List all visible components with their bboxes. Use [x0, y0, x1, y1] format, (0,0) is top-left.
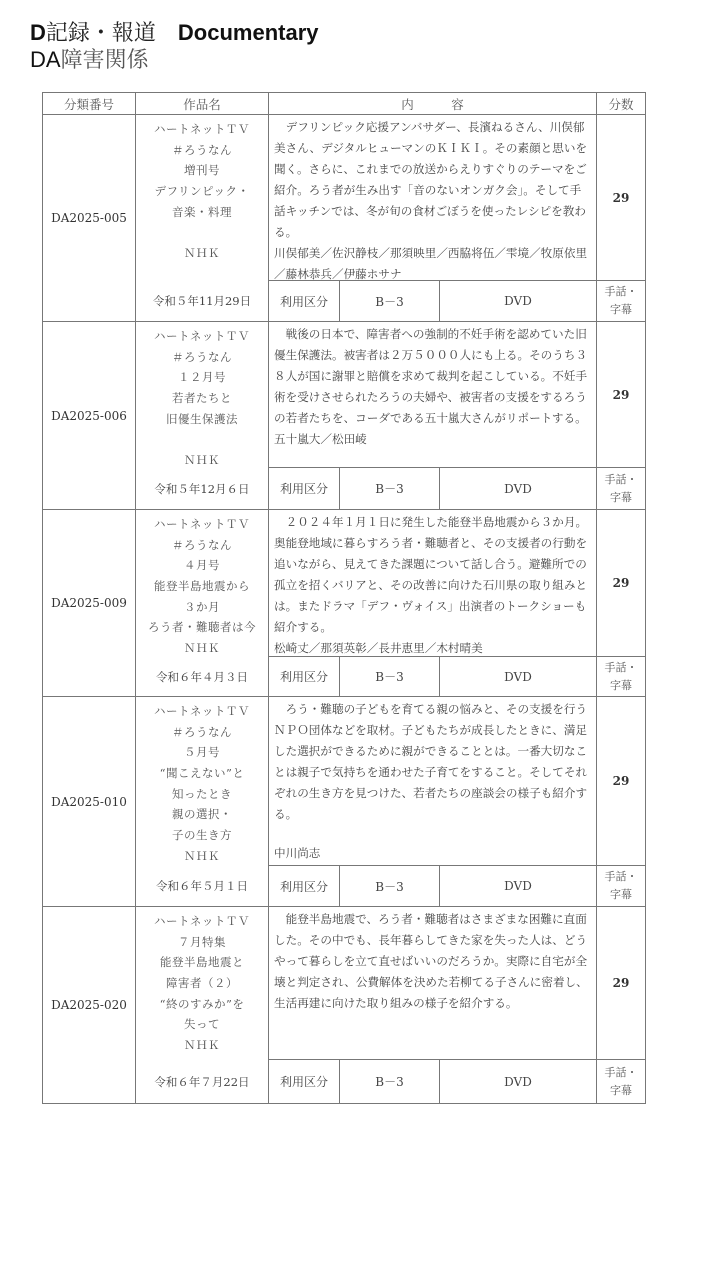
- category-heading: D記録・報道Documentary: [30, 18, 319, 48]
- title-line: ７月特集: [178, 932, 226, 953]
- row-code: DA2025-020: [42, 907, 136, 1104]
- title-line: ３か月: [184, 597, 220, 618]
- row-code: DA2025-009: [42, 510, 136, 697]
- cast-list: 中川尚志: [274, 843, 592, 865]
- title-line: ハートネットＴＶ: [154, 911, 250, 932]
- accessibility: 手話・ 字幕: [597, 866, 646, 907]
- row-code: DA2025-006: [42, 322, 136, 510]
- title-line: 知ったとき: [172, 784, 232, 805]
- title-line: 子の生き方: [172, 825, 232, 846]
- title-line: 増刊号: [184, 160, 220, 181]
- subcategory-code: DA: [30, 47, 61, 72]
- catalog-table: 分類番号 作品名 内 容 分数 DA2025-005 ハートネットＴＶ ＃ろうな…: [42, 92, 646, 1104]
- title-line: デフリンピック・: [154, 181, 249, 202]
- usage-class: B－3: [340, 281, 440, 322]
- usage-label: 利用区分: [269, 657, 340, 697]
- col-header-code: 分類番号: [42, 92, 136, 115]
- usage-label: 利用区分: [269, 468, 340, 510]
- title-line: ＮＨＫ: [184, 243, 220, 264]
- title-line: “聞こえない”と: [160, 763, 245, 784]
- caption-label: 字幕: [610, 677, 632, 695]
- title-line: ハートネットＴＶ: [154, 701, 250, 722]
- title-line: ＃ろうなん: [172, 722, 232, 743]
- category-en: Documentary: [178, 20, 319, 45]
- description-cell: ろう・難聴の子どもを育てる親の悩みと、その支援を行うＮＰＯ団体などを取材。子ども…: [269, 697, 597, 866]
- row-code: DA2025-010: [42, 697, 136, 907]
- usage-label: 利用区分: [269, 1060, 340, 1104]
- minutes: 29: [597, 322, 646, 468]
- description-cell: デフリンピック応援アンバサダー、長濱ねるさん、川俣郁美さん、デジタルヒューマンの…: [269, 115, 597, 281]
- page-header: D記録・報道Documentary DA障害関係: [30, 18, 319, 72]
- accessibility: 手話・ 字幕: [597, 657, 646, 697]
- accessibility: 手話・ 字幕: [597, 281, 646, 322]
- accessibility: 手話・ 字幕: [597, 468, 646, 510]
- title-line: ＃ろうなん: [172, 535, 232, 556]
- cast-list: 五十嵐大／松田崚: [274, 429, 592, 450]
- description: デフリンピック応援アンバサダー、長濱ねるさん、川俣郁美さん、デジタルヒューマンの…: [274, 117, 592, 243]
- broadcast-date: 令和６年５月１日: [136, 866, 269, 907]
- title-line: 障害者（２）: [166, 973, 238, 994]
- sign-language-label: 手話・: [605, 283, 638, 301]
- description: 能登半島地震で、ろう者・難聴者はさまざまな困難に直面した。その中でも、長年暮らし…: [274, 909, 592, 1014]
- col-header-title: 作品名: [136, 92, 269, 115]
- title-line: 旧優生保護法: [166, 409, 238, 430]
- col-header-minutes: 分数: [597, 92, 646, 115]
- minutes: 29: [597, 115, 646, 281]
- usage-class: B－3: [340, 657, 440, 697]
- broadcast-date: 令和５年11月29日: [136, 281, 269, 322]
- row-title-cell: ハートネットＴＶ ＃ろうなん １２月号 若者たちと 旧優生保護法 ＮＨＫ: [136, 322, 269, 468]
- caption-label: 字幕: [610, 489, 632, 507]
- title-line: ハートネットＴＶ: [154, 514, 250, 535]
- subcategory-jp: 障害関係: [61, 47, 149, 72]
- category-jp: 記録・報道: [46, 20, 156, 45]
- sign-language-label: 手話・: [605, 659, 638, 677]
- title-line: ろう者・難聴者は今: [148, 617, 256, 638]
- row-title-cell: ハートネットＴＶ ＃ろうなん ４月号 能登半島地震から ３か月 ろう者・難聴者は…: [136, 510, 269, 657]
- usage-class: B－3: [340, 1060, 440, 1104]
- broadcast-date: 令和６年７月22日: [136, 1060, 269, 1104]
- media-type: DVD: [440, 866, 597, 907]
- minutes: 29: [597, 510, 646, 657]
- title-line: ＮＨＫ: [184, 846, 220, 867]
- media-type: DVD: [440, 657, 597, 697]
- title-line: ５月号: [184, 742, 220, 763]
- title-line: 能登半島地震から: [154, 576, 250, 597]
- media-type: DVD: [440, 468, 597, 510]
- minutes: 29: [597, 697, 646, 866]
- sign-language-label: 手話・: [605, 471, 638, 489]
- title-line: ４月号: [184, 555, 220, 576]
- title-line: 能登半島地震と: [160, 952, 244, 973]
- broadcast-date: 令和５年12月６日: [136, 468, 269, 510]
- title-line: ＃ろうなん: [172, 347, 232, 368]
- col-header-content: 内 容: [269, 92, 597, 115]
- row-title-cell: ハートネットＴＶ ＃ろうなん ５月号 “聞こえない”と 知ったとき 親の選択・ …: [136, 697, 269, 866]
- program-title: ハートネットＴＶ ＃ろうなん 増刊号 デフリンピック・ 音楽・料理 ＮＨＫ: [136, 115, 268, 264]
- category-letter: D: [30, 20, 46, 45]
- sign-language-label: 手話・: [605, 1064, 638, 1082]
- description: ２０２４年１月１日に発生した能登半島地震から３か月。奥能登地域に暮らすろう者・難…: [274, 512, 592, 638]
- title-line: １２月号: [178, 367, 226, 388]
- usage-class: B－3: [340, 866, 440, 907]
- caption-label: 字幕: [610, 301, 632, 319]
- title-line: 親の選択・: [172, 804, 232, 825]
- title-line: 失って: [184, 1014, 220, 1035]
- title-line: ハートネットＴＶ: [154, 326, 250, 347]
- usage-label: 利用区分: [269, 866, 340, 907]
- description: 戦後の日本で、障害者への強制的不妊手術を認めていた旧優生保護法。被害者は２万５０…: [274, 324, 592, 429]
- description-cell: 戦後の日本で、障害者への強制的不妊手術を認めていた旧優生保護法。被害者は２万５０…: [269, 322, 597, 468]
- row-code: DA2025-005: [42, 115, 136, 322]
- description-cell: ２０２４年１月１日に発生した能登半島地震から３か月。奥能登地域に暮らすろう者・難…: [269, 510, 597, 657]
- description-cell: 能登半島地震で、ろう者・難聴者はさまざまな困難に直面した。その中でも、長年暮らし…: [269, 907, 597, 1060]
- title-line: “終のすみか”を: [160, 994, 245, 1015]
- program-title: ハートネットＴＶ ＃ろうなん ４月号 能登半島地震から ３か月 ろう者・難聴者は…: [136, 510, 268, 659]
- usage-label: 利用区分: [269, 281, 340, 322]
- title-line: 若者たちと: [172, 388, 232, 409]
- cast-list: 川俣郁美／佐沢静枝／那須映里／西脇将伍／雫境／牧原依里／藤林恭兵／伊藤ホサナ: [274, 243, 592, 285]
- accessibility: 手話・ 字幕: [597, 1060, 646, 1104]
- minutes: 29: [597, 907, 646, 1060]
- cast-list: 松崎丈／那須英彰／長井恵里／木村晴美: [274, 638, 592, 659]
- caption-label: 字幕: [610, 886, 632, 904]
- subcategory-heading: DA障害関係: [30, 48, 319, 72]
- description: ろう・難聴の子どもを育てる親の悩みと、その支援を行うＮＰＯ団体などを取材。子ども…: [274, 699, 592, 825]
- program-title: ハートネットＴＶ ＃ろうなん １２月号 若者たちと 旧優生保護法 ＮＨＫ: [136, 322, 268, 471]
- program-title: ハートネットＴＶ ＃ろうなん ５月号 “聞こえない”と 知ったとき 親の選択・ …: [136, 697, 268, 867]
- row-title-cell: ハートネットＴＶ ７月特集 能登半島地震と 障害者（２） “終のすみか”を 失っ…: [136, 907, 269, 1060]
- sign-language-label: 手話・: [605, 868, 638, 886]
- program-title: ハートネットＴＶ ７月特集 能登半島地震と 障害者（２） “終のすみか”を 失っ…: [136, 907, 268, 1056]
- title-line: ＮＨＫ: [184, 1035, 220, 1056]
- title-line: 音楽・料理: [172, 202, 232, 223]
- broadcast-date: 令和６年４月３日: [136, 657, 269, 697]
- title-line: ＮＨＫ: [184, 638, 220, 659]
- caption-label: 字幕: [610, 1082, 632, 1100]
- media-type: DVD: [440, 281, 597, 322]
- media-type: DVD: [440, 1060, 597, 1104]
- title-line: ＃ろうなん: [172, 140, 232, 161]
- title-line: ハートネットＴＶ: [154, 119, 250, 140]
- usage-class: B－3: [340, 468, 440, 510]
- row-title-cell: ハートネットＴＶ ＃ろうなん 増刊号 デフリンピック・ 音楽・料理 ＮＨＫ: [136, 115, 269, 281]
